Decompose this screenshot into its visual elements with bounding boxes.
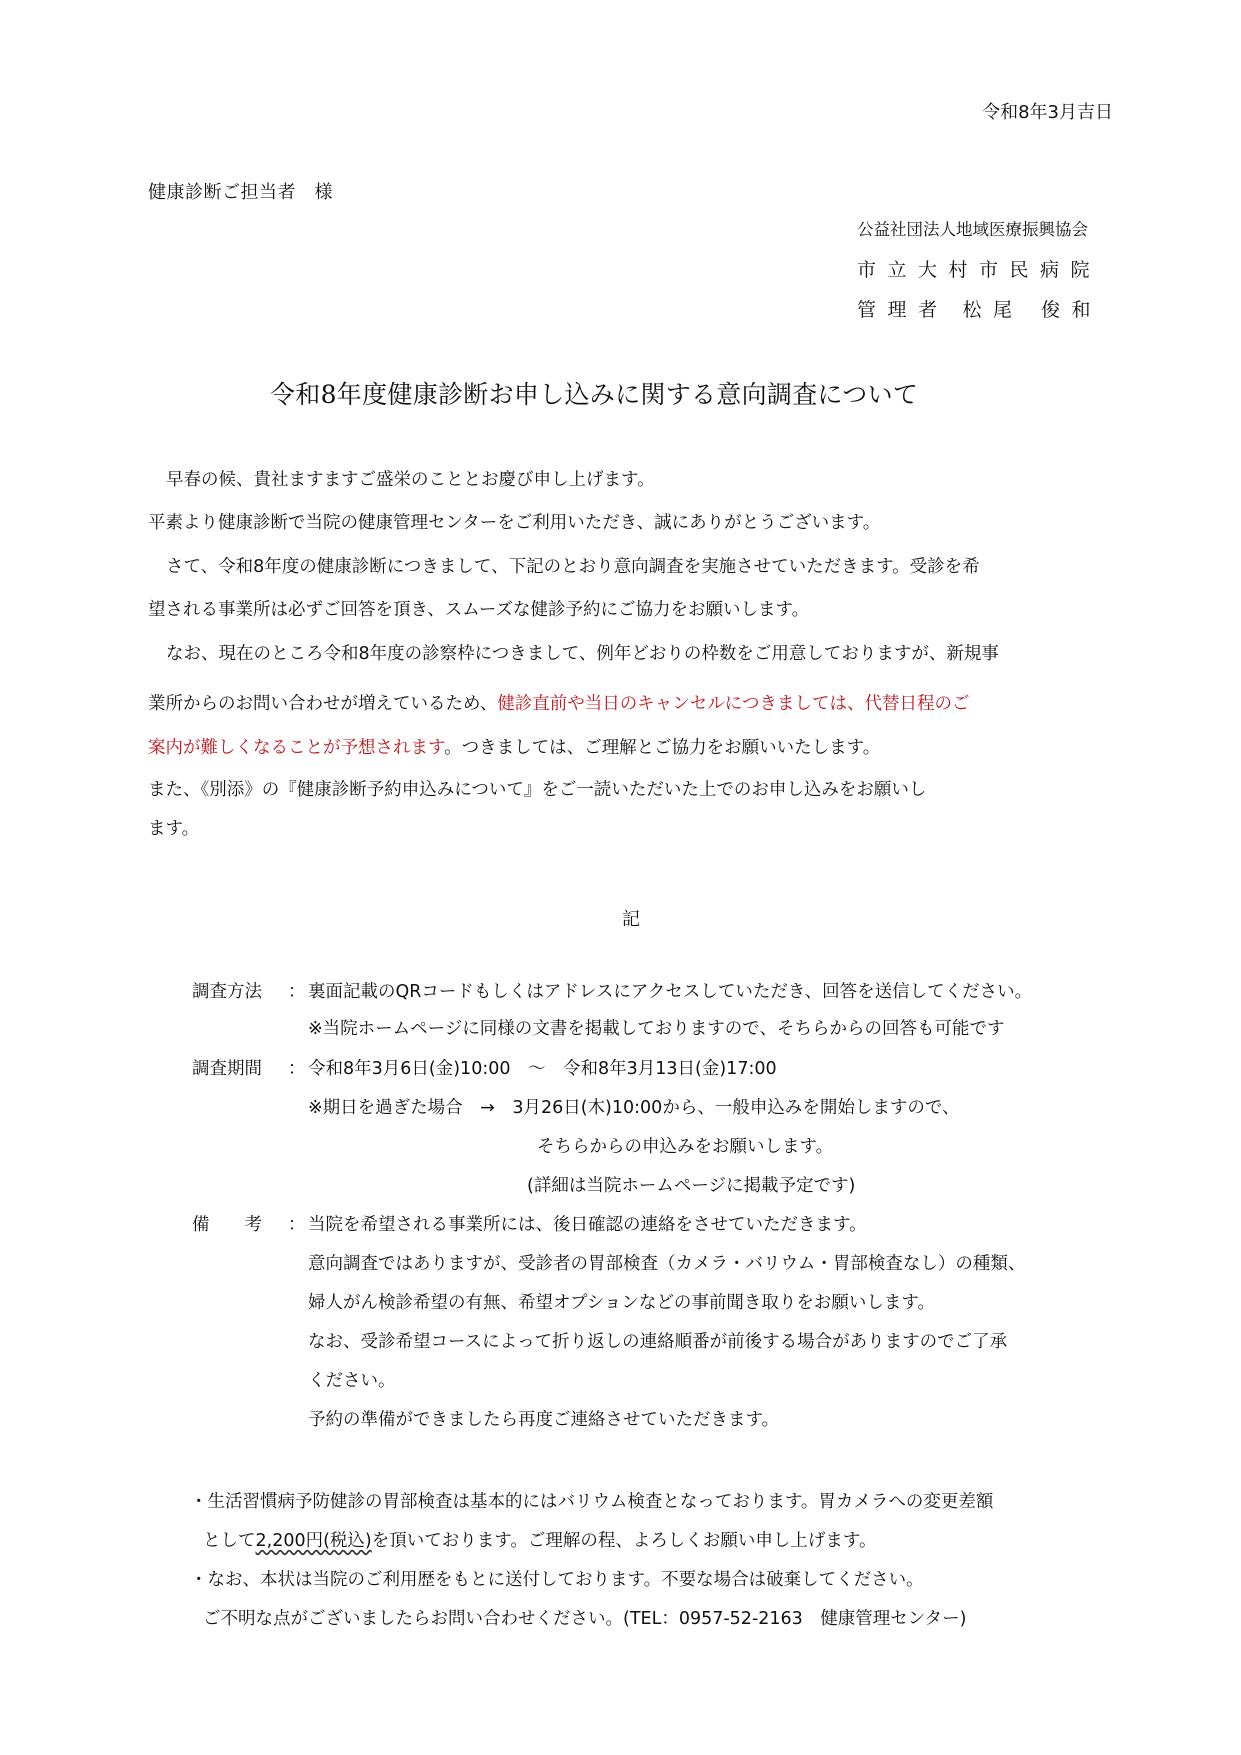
document-title: 令和8年度健康診断お申し込みに関する意向調査について xyxy=(270,375,918,411)
remarks-label: 備 考 xyxy=(192,1211,262,1236)
note-line: として2,200円(税込)を頂いております。ご理解の程、よろしくお願い申し上げま… xyxy=(203,1527,876,1552)
note-text: を頂いております。ご理解の程、よろしくお願い申し上げます。 xyxy=(372,1531,877,1551)
method-value: 裏面記載のQRコードもしくはアドレスにアクセスしていただき、回答を送信してくださ… xyxy=(308,978,1032,1003)
body-text: 業所からのお問い合わせが増えているため、 xyxy=(148,694,497,714)
ki-heading: 記 xyxy=(622,905,640,931)
remarks-line: 婦人がん検診希望の有無、希望オプションなどの事前聞き取りをお願いします。 xyxy=(308,1289,935,1314)
body-line: 業所からのお問い合わせが増えているため、健診直前や当日のキャンセルにつきましては… xyxy=(148,690,969,715)
contact-line: ご不明な点がございましたらお問い合わせください。(TEL：0957-52-216… xyxy=(203,1605,966,1630)
sender-manager: 管理者松尾 俊和 xyxy=(857,295,1102,322)
body-line: また、《別添》の『健康診断予約申込みについて』をご一読いただいた上でのお申し込み… xyxy=(148,776,926,801)
method-colon: ： xyxy=(288,978,306,1003)
addressee: 健康診断ご担当者 様 xyxy=(148,178,333,204)
manager-title: 管理者 xyxy=(857,299,949,321)
period-value: 令和8年3月6日(金)10:00 ～ 令和8年3月13日(金)17:00 xyxy=(308,1055,777,1080)
price-text: 2,200円(税込) xyxy=(256,1531,372,1551)
body-line: さて、令和8年度の健康診断につきまして、下記のとおり意向調査を実施させていただき… xyxy=(166,553,980,578)
document-date: 令和8年3月吉日 xyxy=(982,98,1113,124)
body-line: 望される事業所は必ずご回答を頂き、スムーズな健診予約にご協力をお願いします。 xyxy=(148,596,809,621)
body-line: 平素より健康診断で当院の健康管理センターをご利用いただき、誠にありがとうございま… xyxy=(148,509,880,534)
body-line: なお、現在のところ令和8年度の診察枠につきまして、例年どおりの枠数をご用意してお… xyxy=(166,640,999,665)
period-note: (詳細は当院ホームページに掲載予定です) xyxy=(527,1172,855,1197)
remarks-line: なお、受診希望コースによって折り返しの連絡順番が前後する場合がありますのでご了承 xyxy=(308,1328,1007,1353)
period-note: ※期日を過ぎた場合 → 3月26日(木)10:00から、一般申込みを開始しますの… xyxy=(308,1094,959,1119)
period-colon: ： xyxy=(288,1055,306,1080)
emphasis-text: 案内が難しくなることが予想されます xyxy=(148,738,444,758)
remarks-colon: ： xyxy=(288,1211,306,1236)
body-text: 。つきましては、ご理解とご協力をお願いいたします。 xyxy=(444,738,880,758)
method-note: ※当院ホームページに同様の文書を掲載しておりますので、そちらからの回答も可能です xyxy=(308,1015,1004,1040)
method-label: 調査方法 xyxy=(192,978,262,1003)
remarks-line: 当院を希望される事業所には、後日確認の連絡をさせていただきます。 xyxy=(308,1211,867,1236)
note-line: ・生活習慣病予防健診の胃部検査は基本的にはバリウム検査となっております。胃カメラ… xyxy=(190,1488,993,1513)
emphasis-text: 健診直前や当日のキャンセルにつきましては、代替日程のご xyxy=(497,694,969,714)
greeting-line: 早春の候、貴社ますますご盛栄のこととお慶び申し上げます。 xyxy=(166,466,655,491)
manager-name: 松尾 俊和 xyxy=(963,299,1103,321)
body-line: 案内が難しくなることが予想されます。つきましては、ご理解とご協力をお願いいたしま… xyxy=(148,734,880,759)
period-label: 調査期間 xyxy=(192,1055,262,1080)
sender-hospital: 市立大村市民病院 xyxy=(857,255,1101,282)
remarks-line: 意向調査ではありますが、受診者の胃部検査（カメラ・バリウム・胃部検査なし）の種類… xyxy=(308,1250,1025,1275)
sender-organization: 公益社団法人地域医療振興協会 xyxy=(857,216,1088,240)
note-line: ・なお、本状は当院のご利用歴をもとに送付しております。不要な場合は破棄してくださ… xyxy=(190,1566,924,1591)
document-page: 令和8年3月吉日 健康診断ご担当者 様 公益社団法人地域医療振興協会 市立大村市… xyxy=(0,0,1241,1755)
body-line: ます。 xyxy=(148,815,199,840)
remarks-line: ください。 xyxy=(308,1367,396,1392)
note-text: として xyxy=(203,1531,256,1551)
period-note: そちらからの申込みをお願いします。 xyxy=(537,1133,833,1158)
remarks-line: 予約の準備ができましたら再度ご連絡させていただきます。 xyxy=(308,1406,779,1431)
